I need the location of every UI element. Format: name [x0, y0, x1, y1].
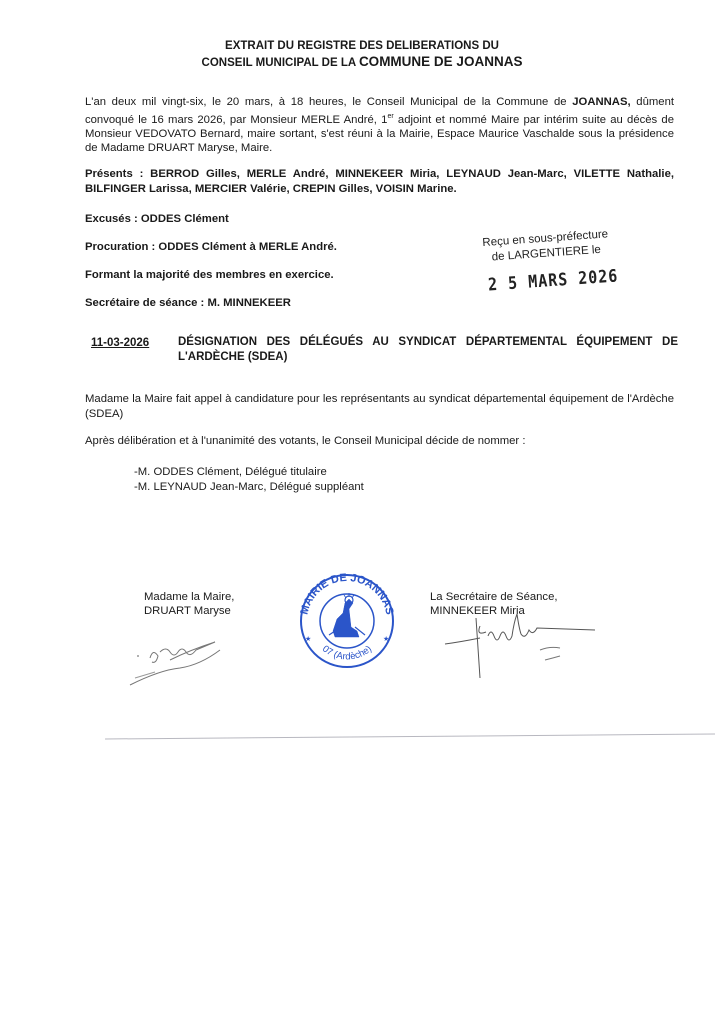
deliberation-title: DÉSIGNATION DES DÉLÉGUÉS AU SYNDICAT DÉP…: [178, 335, 678, 364]
nominee-suppleant: -M. LEYNAUD Jean-Marc, Délégué suppléant: [134, 480, 364, 495]
mayor-signature-label: Madame la Maire, DRUART Maryse: [144, 590, 234, 618]
reception-stamp: Reçu en sous-préfecture de LARGENTIERE l…: [455, 225, 639, 294]
nominee-list: -M. ODDES Clément, Délégué titulaire -M.…: [134, 465, 364, 494]
stamp-date: 2 5 MARS 2026: [468, 266, 639, 295]
mayor-name: DRUART Maryse: [144, 604, 234, 618]
intro-part-1: L'an deux mil vingt-six, le 20 mars, à 1…: [85, 96, 572, 108]
svg-text:07 (Ardèche): 07 (Ardèche): [320, 643, 374, 662]
secretary-role: La Secrétaire de Séance,: [430, 590, 558, 604]
title-line-1: EXTRAIT DU REGISTRE DES DELIBERATIONS DU: [0, 38, 724, 54]
commune-name: COMMUNE DE JOANNAS: [359, 54, 523, 69]
title-line-2: CONSEIL MUNICIPAL DE LA COMMUNE DE JOANN…: [0, 54, 724, 71]
secretaire-line: Secrétaire de séance : M. MINNEKEER: [85, 296, 291, 311]
nominee-titulaire: -M. ODDES Clément, Délégué titulaire: [134, 465, 364, 480]
body-paragraph-1: Madame la Maire fait appel à candidature…: [85, 392, 674, 421]
deliberation-number: 11-03-2026: [91, 337, 149, 349]
majorite-line: Formant la majorité des membres en exerc…: [85, 268, 334, 283]
intro-commune: JOANNAS,: [572, 96, 630, 108]
procuration-line: Procuration : ODDES Clément à MERLE Andr…: [85, 240, 337, 255]
svg-text:★: ★: [305, 635, 311, 643]
body-paragraph-2: Après délibération et à l'unanimité des …: [85, 434, 525, 449]
presents-list: Présents : BERROD Gilles, MERLE André, M…: [85, 167, 674, 196]
mayor-signature-icon: [120, 630, 230, 690]
document-title: EXTRAIT DU REGISTRE DES DELIBERATIONS DU…: [0, 38, 724, 71]
seal-bottom-text: 07 (Ardèche): [320, 643, 374, 662]
mayor-role: Madame la Maire,: [144, 590, 234, 604]
secretary-signature-icon: [440, 608, 600, 688]
excuses-line: Excusés : ODDES Clément: [85, 212, 229, 227]
intro-paragraph: L'an deux mil vingt-six, le 20 mars, à 1…: [85, 95, 674, 156]
svg-text:★: ★: [383, 635, 389, 643]
title-line-2-prefix: CONSEIL MUNICIPAL DE LA: [202, 57, 359, 69]
mairie-seal-icon: MAIRIE DE JOANNAS 07 (Ardèche) ★ ★: [291, 569, 403, 669]
horizontal-divider: [75, 730, 724, 742]
